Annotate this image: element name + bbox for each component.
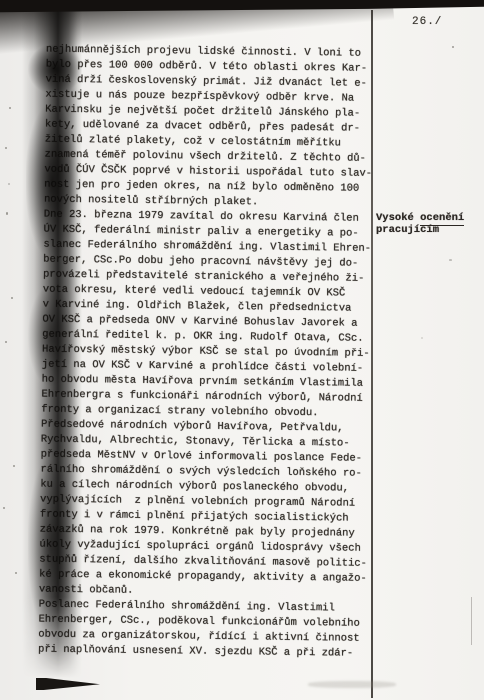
scan-speck	[11, 297, 13, 299]
binding-bottom-wedge	[36, 678, 100, 690]
page-edge-rule	[371, 10, 373, 698]
margin-note-word: Vysoké	[376, 212, 414, 224]
margin-note: Vysoké ocenění pracujícím	[376, 212, 464, 236]
margin-note-line1: Vysoké ocenění	[376, 212, 464, 224]
scan-speck	[3, 507, 5, 509]
scanned-document-page: nejhumánnějších projevu lidské činnosti.…	[0, 0, 484, 700]
page-number: 26./	[412, 16, 442, 28]
book-binding-shadow	[22, 2, 82, 678]
scan-speck	[9, 107, 11, 109]
scan-speck	[6, 212, 8, 215]
scan-speck	[5, 341, 7, 343]
scan-speck	[449, 259, 452, 261]
scan-edge-mark	[471, 597, 472, 645]
scan-speck	[15, 572, 17, 574]
scan-speck	[452, 46, 454, 48]
typewritten-text-block: nejhumánnějších projevu lidské činnosti.…	[38, 43, 370, 662]
scan-speck	[5, 147, 7, 149]
text-line: při naplňování usnesení XV. sjezdu KSČ a…	[38, 642, 362, 661]
margin-note-line2: pracujícím	[376, 224, 464, 236]
scan-speck	[8, 183, 10, 185]
scan-smudge	[308, 681, 396, 688]
scan-speck	[13, 465, 15, 467]
scan-speck	[421, 337, 423, 339]
